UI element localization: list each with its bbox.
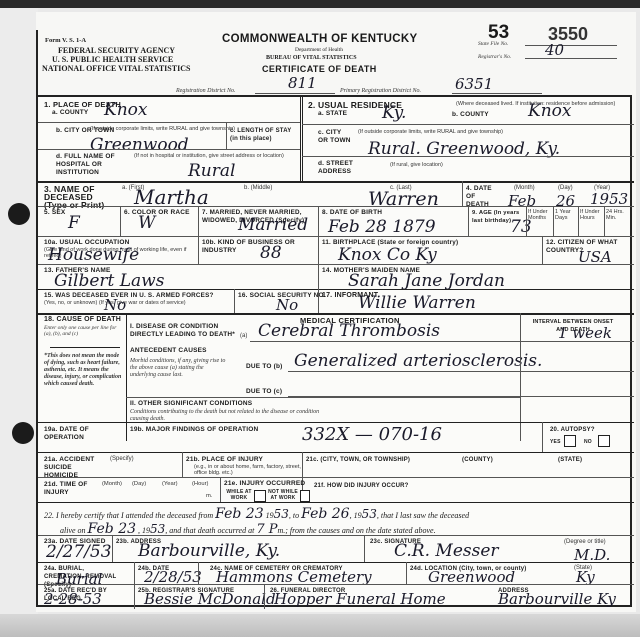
- cemetery-name-value: Hammons Cemetery: [216, 569, 372, 585]
- birthplace-value: Knox Co Ky: [338, 247, 437, 263]
- injury-county-label: (COUNTY): [462, 456, 493, 464]
- date-of-birth-label: 8. DATE OF BIRTH: [322, 209, 382, 217]
- month-label: (Month): [514, 185, 535, 191]
- burial-state-value: Ky: [576, 569, 595, 585]
- cause-a-value: Cerebral Thrombosis: [258, 323, 440, 339]
- funeral-director-value: Hopper Funeral Home: [274, 591, 446, 607]
- disease-condition-label: I. DISEASE OR CONDITION DIRECTLY LEADING…: [130, 323, 240, 339]
- registrar-signature: Bessie McDonald: [144, 591, 276, 607]
- certifier-address-value: Barbourville, Ky.: [138, 543, 280, 559]
- injury-state-label: (STATE): [558, 456, 582, 464]
- agency-line: NATIONAL OFFICE VITAL STATISTICS: [42, 64, 190, 74]
- cause-of-death-label: 18. CAUSE OF DEATH: [44, 316, 121, 324]
- sex-value: F: [68, 215, 80, 231]
- age-months-label: If Under Months: [528, 209, 550, 221]
- reg-district-number: 811: [288, 75, 317, 91]
- last-seen-alive-year: 53: [150, 522, 165, 536]
- cause-footnote: *This does not mean the mode of dying, s…: [44, 353, 124, 388]
- scan-top-edge: [0, 0, 640, 8]
- department: Department of Health: [295, 47, 343, 53]
- injury-city-label: 21c. (CITY, TOWN, OR TOWNSHIP): [306, 456, 410, 464]
- bureau: BUREAU OF VITAL STATISTICS: [266, 55, 357, 61]
- due-to-b-label: DUE TO (b): [246, 363, 283, 371]
- injury-month-label: (Month): [102, 481, 122, 487]
- residence-city-label: c. CITY OR TOWN: [318, 129, 352, 145]
- not-at-work-label: NOT WHILE AT WORK: [266, 490, 300, 501]
- age-value: 73: [510, 219, 532, 235]
- street-address-note: (If rural, give location): [390, 162, 443, 168]
- residence-county-label: b. COUNTY: [452, 111, 489, 119]
- death-county-label: a. COUNTY: [52, 109, 88, 117]
- injury-year-label: (Year): [162, 481, 178, 487]
- injury-m-label: m.: [206, 493, 212, 499]
- other-conditions-note: Conditions contributing to the death but…: [130, 409, 330, 423]
- attended-from-date: Feb 23: [215, 506, 263, 522]
- street-address-label: d. STREET ADDRESS: [318, 160, 358, 176]
- attended-to-year: 53: [362, 507, 377, 521]
- primary-district-number: 6351: [455, 76, 493, 92]
- punch-hole: [8, 203, 30, 225]
- age-minutes-label: 24 Hrs. Min.: [606, 209, 630, 221]
- other-conditions-label: II. OTHER SIGNIFICANT CONDITIONS: [130, 400, 252, 408]
- major-findings-value: 332X — 070-16: [302, 427, 442, 443]
- place-of-injury-label: 21b. PLACE OF INJURY: [186, 456, 263, 464]
- funeral-director-address-value: Barbourville Ky: [498, 591, 616, 607]
- informant-value: Willie Warren: [358, 295, 476, 311]
- residence-state-label: a. STATE: [318, 110, 347, 118]
- date-of-birth-value: Feb 28 1879: [328, 219, 436, 235]
- injury-day-label: (Day): [132, 481, 146, 487]
- scan-bottom-edge: [0, 614, 640, 637]
- death-year-value: 1953: [590, 191, 628, 207]
- form-number: Form V. S. 1-A: [45, 36, 86, 46]
- death-city-value: Greenwood: [90, 137, 189, 153]
- scan-left-margin: [0, 8, 38, 637]
- social-security-value: No: [276, 297, 298, 313]
- death-city-note: (If outside corporate limits, write RURA…: [90, 126, 235, 132]
- burial-location-value: Greenwood: [428, 569, 515, 585]
- cause-b-value: Generalized arteriosclerosis.: [294, 353, 542, 369]
- reg-district-label: Registration District No.: [176, 88, 236, 94]
- major-findings-label: 19b. MAJOR FINDINGS OF OPERATION: [130, 426, 258, 434]
- attended-from-year: 53: [274, 507, 289, 521]
- middle-name-label: b. (Middle): [244, 185, 272, 191]
- autopsy-no-label: NO: [584, 438, 592, 446]
- interval-value: 1 week: [558, 325, 612, 341]
- age-days-label: 1 Year Days: [555, 209, 575, 221]
- autopsy-no-checkbox[interactable]: [598, 435, 610, 447]
- while-at-work-label: WHILE AT WORK: [224, 490, 254, 501]
- armed-forces-value: No: [104, 297, 126, 313]
- autopsy-yes-checkbox[interactable]: [564, 435, 576, 447]
- day-label: (Day): [558, 185, 573, 191]
- accident-specify-label: (Specify): [110, 456, 134, 462]
- degree-value: M.D.: [574, 547, 610, 563]
- citizenship-value: USA: [578, 249, 612, 265]
- while-at-work-checkbox[interactable]: [254, 490, 266, 502]
- certificate-form: 1. PLACE OF DEATH a. COUNTY Knox b. CITY…: [36, 95, 632, 607]
- injury-occurred-label: 21e. INJURY OCCURRED: [224, 480, 305, 488]
- length-of-stay-label: c. LENGTH OF STAY (in this place): [230, 127, 298, 143]
- autopsy-label: 20. AUTOPSY?: [550, 426, 595, 434]
- hospital-label: d. FULL NAME OF HOSPITAL OR INSTITUTION: [56, 153, 130, 177]
- due-to-c-label: DUE TO (c): [246, 388, 282, 396]
- degree-label: (Degree or title): [564, 539, 606, 545]
- residence-state-value: Ky.: [382, 105, 406, 121]
- operation-date-label: 19a. DATE OF OPERATION: [44, 426, 126, 442]
- armed-forces-label: 15. WAS DECEASED EVER IN U. S. ARMED FOR…: [44, 292, 214, 300]
- father-name-value: Gilbert Laws: [54, 273, 164, 289]
- residence-city-note: (If outside corporate limits, write RURA…: [358, 129, 503, 135]
- not-at-work-checkbox[interactable]: [300, 490, 310, 502]
- antecedent-note: Morbid conditions, if any, giving rise t…: [130, 358, 230, 379]
- registrar-number-label: Registrar's No.: [478, 54, 511, 60]
- state-file-label: State File No.: [478, 41, 508, 47]
- hospital-value: Rural: [188, 163, 235, 179]
- occupation-value: Housewife: [48, 247, 139, 263]
- mother-maiden-name-value: Sarah Jane Jordan: [348, 273, 505, 289]
- first-name-value: Martha: [134, 189, 209, 205]
- color-race-label: 6. COLOR OR RACE: [124, 209, 190, 217]
- residence-county-value: Knox: [528, 103, 571, 119]
- sex-label: 5. SEX: [44, 209, 65, 217]
- attended-to-date: Feb 26: [301, 506, 349, 522]
- primary-district-label: Primary Registration District No.: [340, 88, 421, 94]
- business-value: 88: [260, 245, 282, 261]
- cause-of-death-note: Enter only one cause per line for (a), (…: [44, 325, 124, 337]
- certificate-title: CERTIFICATE OF DEATH: [262, 64, 377, 74]
- date-signed-value: 2/27/53: [46, 544, 112, 560]
- place-of-injury-note: (e.g., in or about home, farm, factory, …: [194, 464, 304, 476]
- certification-statement: 22. I hereby certify that I attended the…: [44, 506, 469, 522]
- registrar-number: 40: [545, 42, 564, 58]
- death-county-value: Knox: [104, 102, 147, 118]
- how-injury-occurred-label: 21f. HOW DID INJURY OCCUR?: [314, 482, 409, 490]
- punch-hole: [12, 422, 34, 444]
- residence-city-value: Rural. Greenwood, Ky.: [368, 141, 560, 157]
- time-of-injury-label: 21d. TIME OF INJURY: [44, 481, 92, 497]
- color-race-value: W: [138, 215, 155, 231]
- physician-signature: C.R. Messer: [394, 543, 499, 559]
- antecedent-causes-label: ANTECEDENT CAUSES: [130, 347, 207, 355]
- state-title: COMMONWEALTH OF KENTUCKY: [222, 33, 417, 45]
- age-hours-label: If Under Hours: [580, 209, 602, 221]
- burial-date-value: 2/28/53: [144, 569, 202, 585]
- last-name-value: Warren: [368, 191, 439, 207]
- injury-hour-label: (Hour): [192, 481, 208, 487]
- date-received-value: 2-28-53: [44, 591, 102, 607]
- marital-status-value: Married: [238, 217, 308, 233]
- hospital-note: (If not in hospital or institution, give…: [134, 153, 300, 159]
- autopsy-yes-label: YES: [550, 438, 561, 446]
